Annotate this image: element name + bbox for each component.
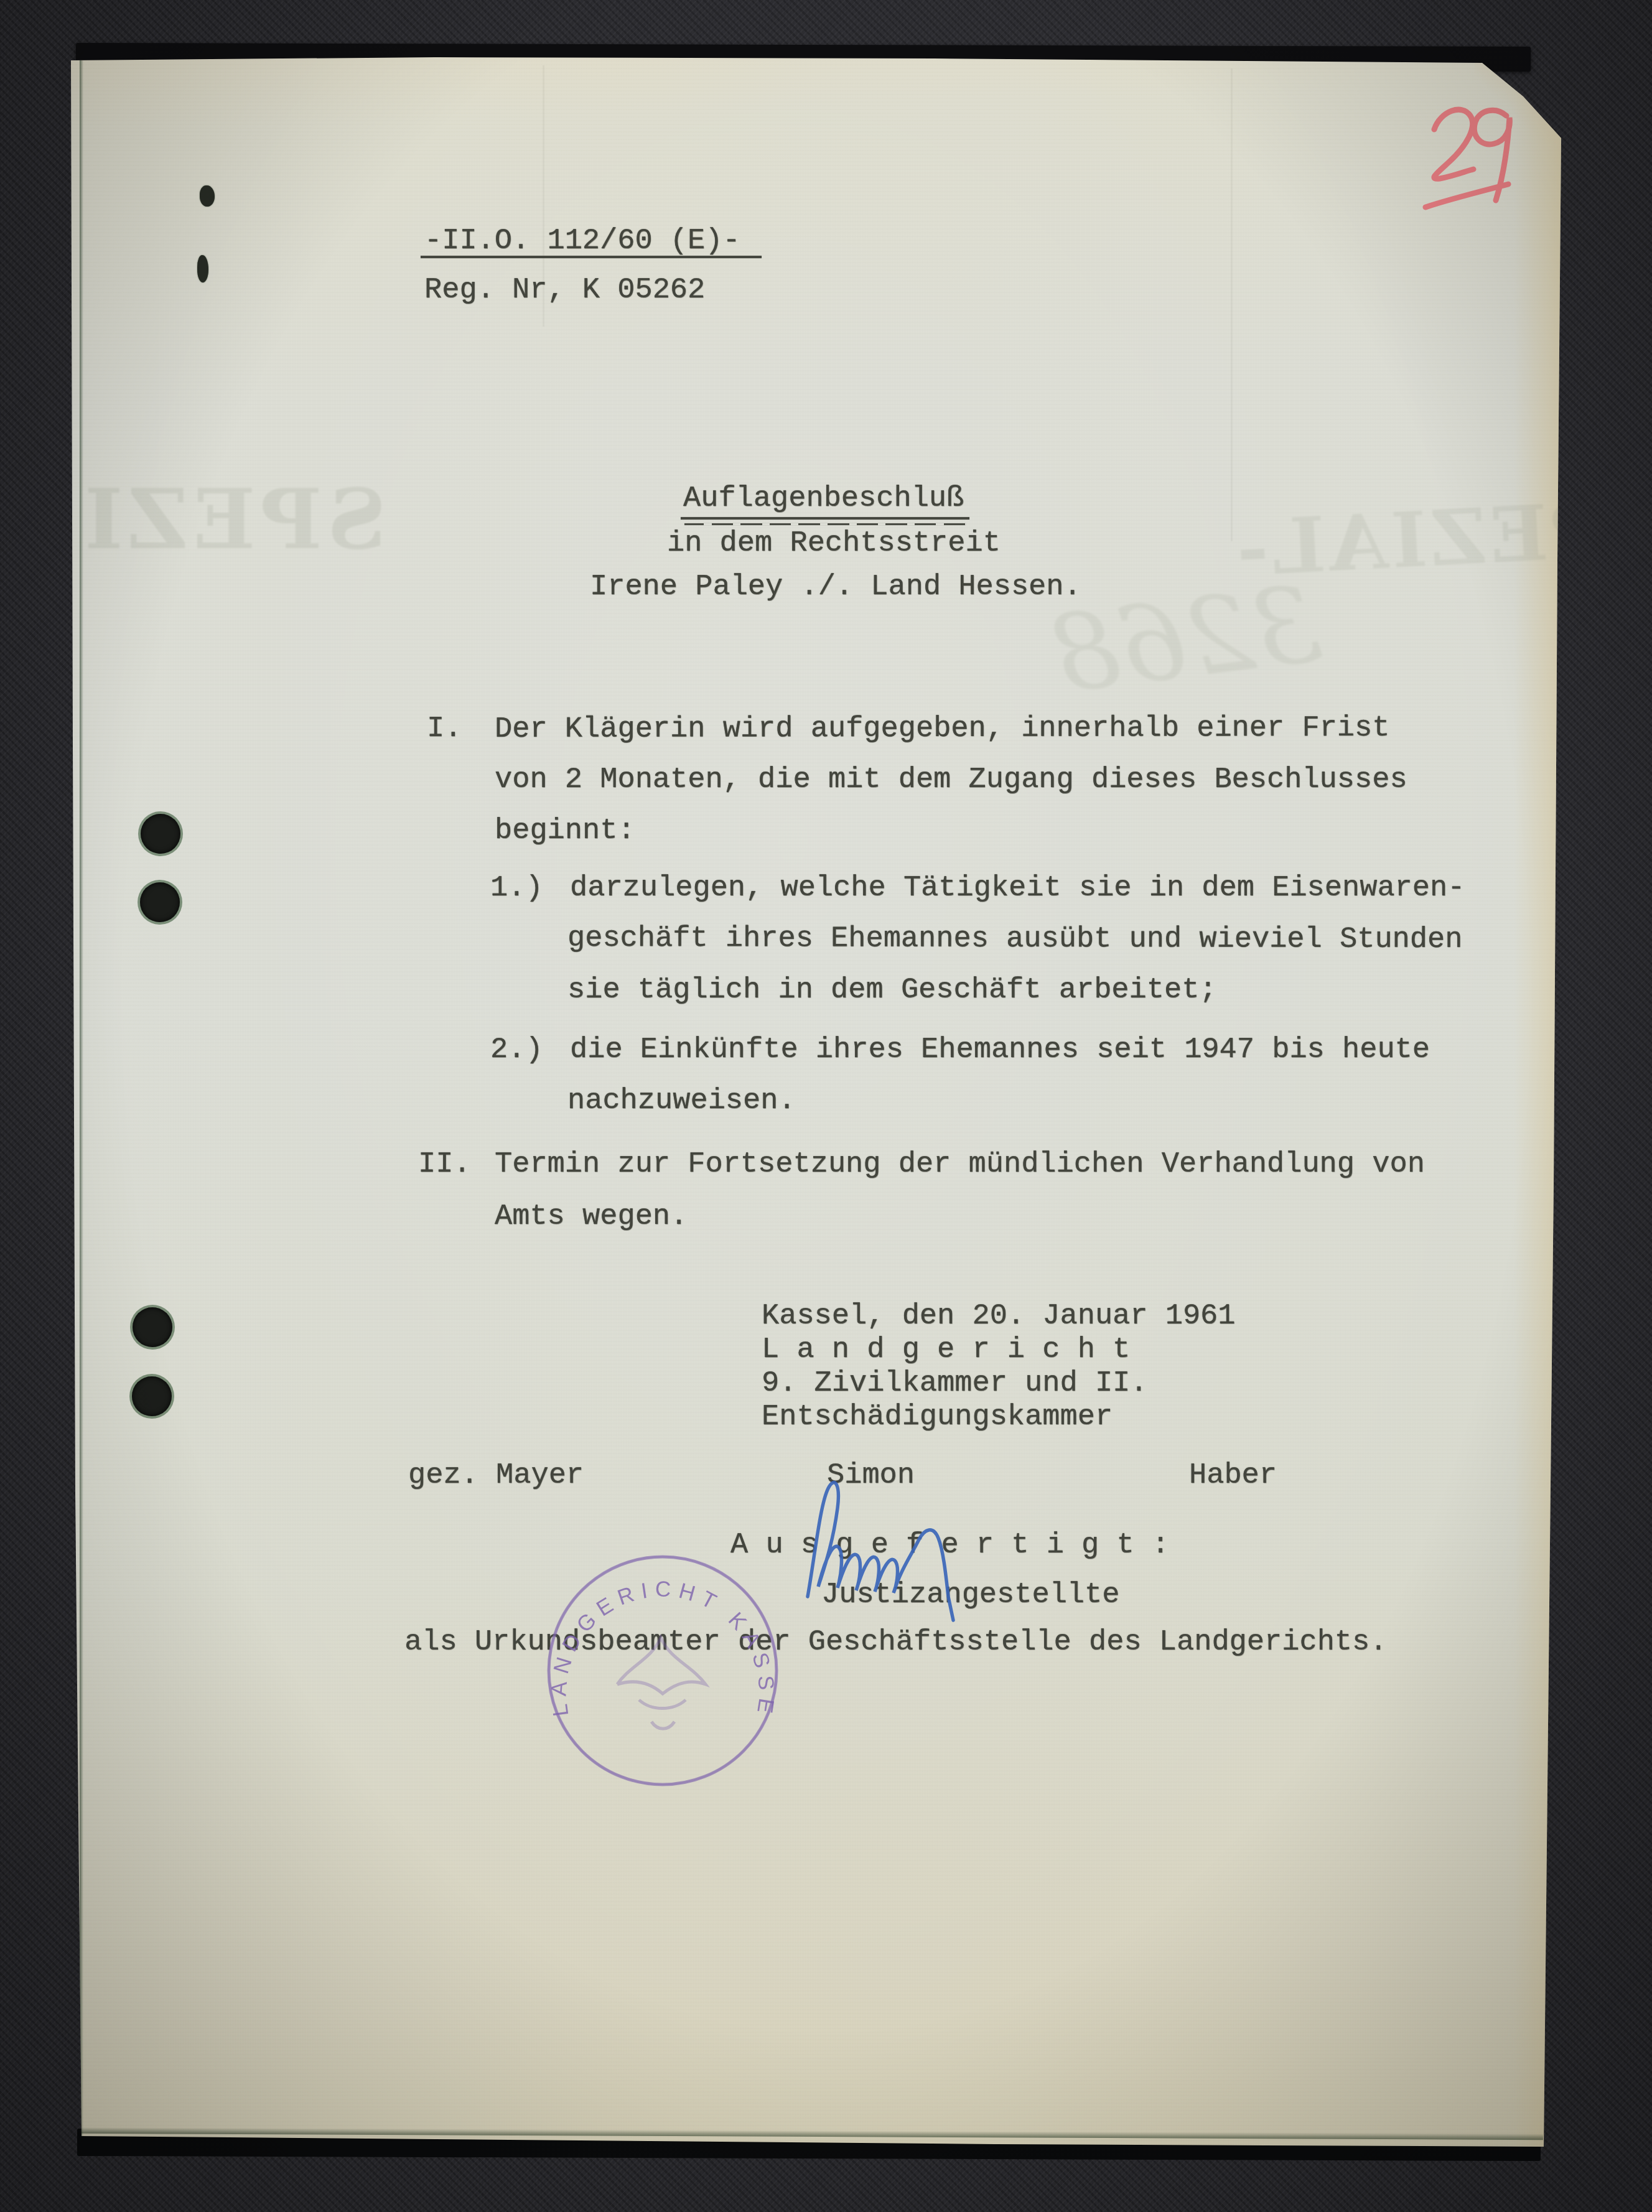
bleedthrough-watermark: SPEZI — [80, 472, 386, 568]
document-page: SPEZI SPEZIAL-B 3268 -II.O. 112/60 (E)- … — [0, 0, 1652, 2212]
punch-hole — [133, 1307, 172, 1347]
paper-tear — [197, 255, 208, 282]
signatory-haber: Haber — [1189, 1460, 1277, 1492]
registry-number: Reg. Nr, K 05262 — [424, 274, 705, 307]
item1-label: 1.) — [490, 872, 543, 905]
chamber-line: 9. Zivilkammer und II. — [762, 1368, 1148, 1400]
punch-hole — [141, 814, 180, 854]
title-underline — [681, 517, 969, 520]
signatory-simon: Simon — [827, 1460, 915, 1492]
chamber-line-2: Entschädigungskammer — [762, 1401, 1113, 1434]
bleedthrough-watermark: SPEZIAL-B — [1231, 482, 1652, 683]
stamp-text: LANDGERICHT KASSEL — [536, 1544, 779, 1722]
section2-line: Amts wegen. — [495, 1201, 688, 1233]
item2-line: die Einkünfte ihres Ehemannes seit 1947 … — [570, 1034, 1430, 1066]
case-parties: Irene Paley ./. Land Hessen. — [590, 571, 1081, 604]
stamp-eagle-emblem — [617, 1638, 706, 1729]
item2-label: 2.) — [490, 1034, 543, 1066]
title-underline-2 — [684, 523, 966, 525]
page-number-handwritten: 29 — [1391, 87, 1559, 236]
court-name: L a n d g e r i c h t — [762, 1334, 1130, 1366]
clerk-signature — [0, 0, 1652, 2212]
file-number: -II.O. 112/60 (E)- — [424, 225, 740, 258]
section2-line: Termin zur Fortsetzung der mündlichen Ve… — [495, 1149, 1425, 1181]
certification-heading: A u s g e f e r t i g t : — [730, 1529, 1169, 1562]
signatory-gez: gez. Mayer — [408, 1460, 584, 1492]
paper-tear — [200, 185, 215, 207]
decision-title: Auflagenbeschluß — [683, 483, 964, 515]
item1-line: sie täglich in dem Geschäft arbeitet; — [567, 974, 1217, 1007]
bleedthrough-handwriting: 3268 — [1045, 562, 1328, 717]
caption-subtitle: in dem Rechtsstreit — [667, 528, 1001, 560]
section1-line: von 2 Monaten, die mit dem Zugang dieses… — [495, 764, 1407, 796]
section1-label: I. — [427, 713, 462, 745]
section1-line: beginnt: — [495, 815, 635, 847]
paper-texture — [0, 0, 1652, 2212]
clerk-role: Justizangestellte — [821, 1579, 1119, 1612]
document-scan: SPEZI SPEZIAL-B 3268 -II.O. 112/60 (E)- … — [0, 0, 1652, 2212]
court-stamp: LANDGERICHT KASSEL — [536, 1544, 789, 1797]
punch-hole — [132, 1376, 172, 1416]
item1-line: geschäft ihres Ehemannes ausübt und wiev… — [567, 923, 1463, 956]
item2-line: nachzuweisen. — [567, 1085, 796, 1118]
place-date-line: Kassel, den 20. Januar 1961 — [762, 1300, 1236, 1333]
item1-line: darzulegen, welche Tätigkeit sie in dem … — [570, 872, 1465, 905]
punch-hole — [140, 882, 180, 922]
file-number-underline — [421, 256, 762, 258]
paper-crease — [1231, 68, 1233, 541]
paper-left-edge-shadow — [80, 57, 83, 2137]
paper-edge-discoloration — [1496, 56, 1565, 2147]
section1-line: Der Klägerin wird aufgegeben, innerhalb … — [495, 712, 1390, 746]
section2-label: II. — [418, 1149, 471, 1181]
